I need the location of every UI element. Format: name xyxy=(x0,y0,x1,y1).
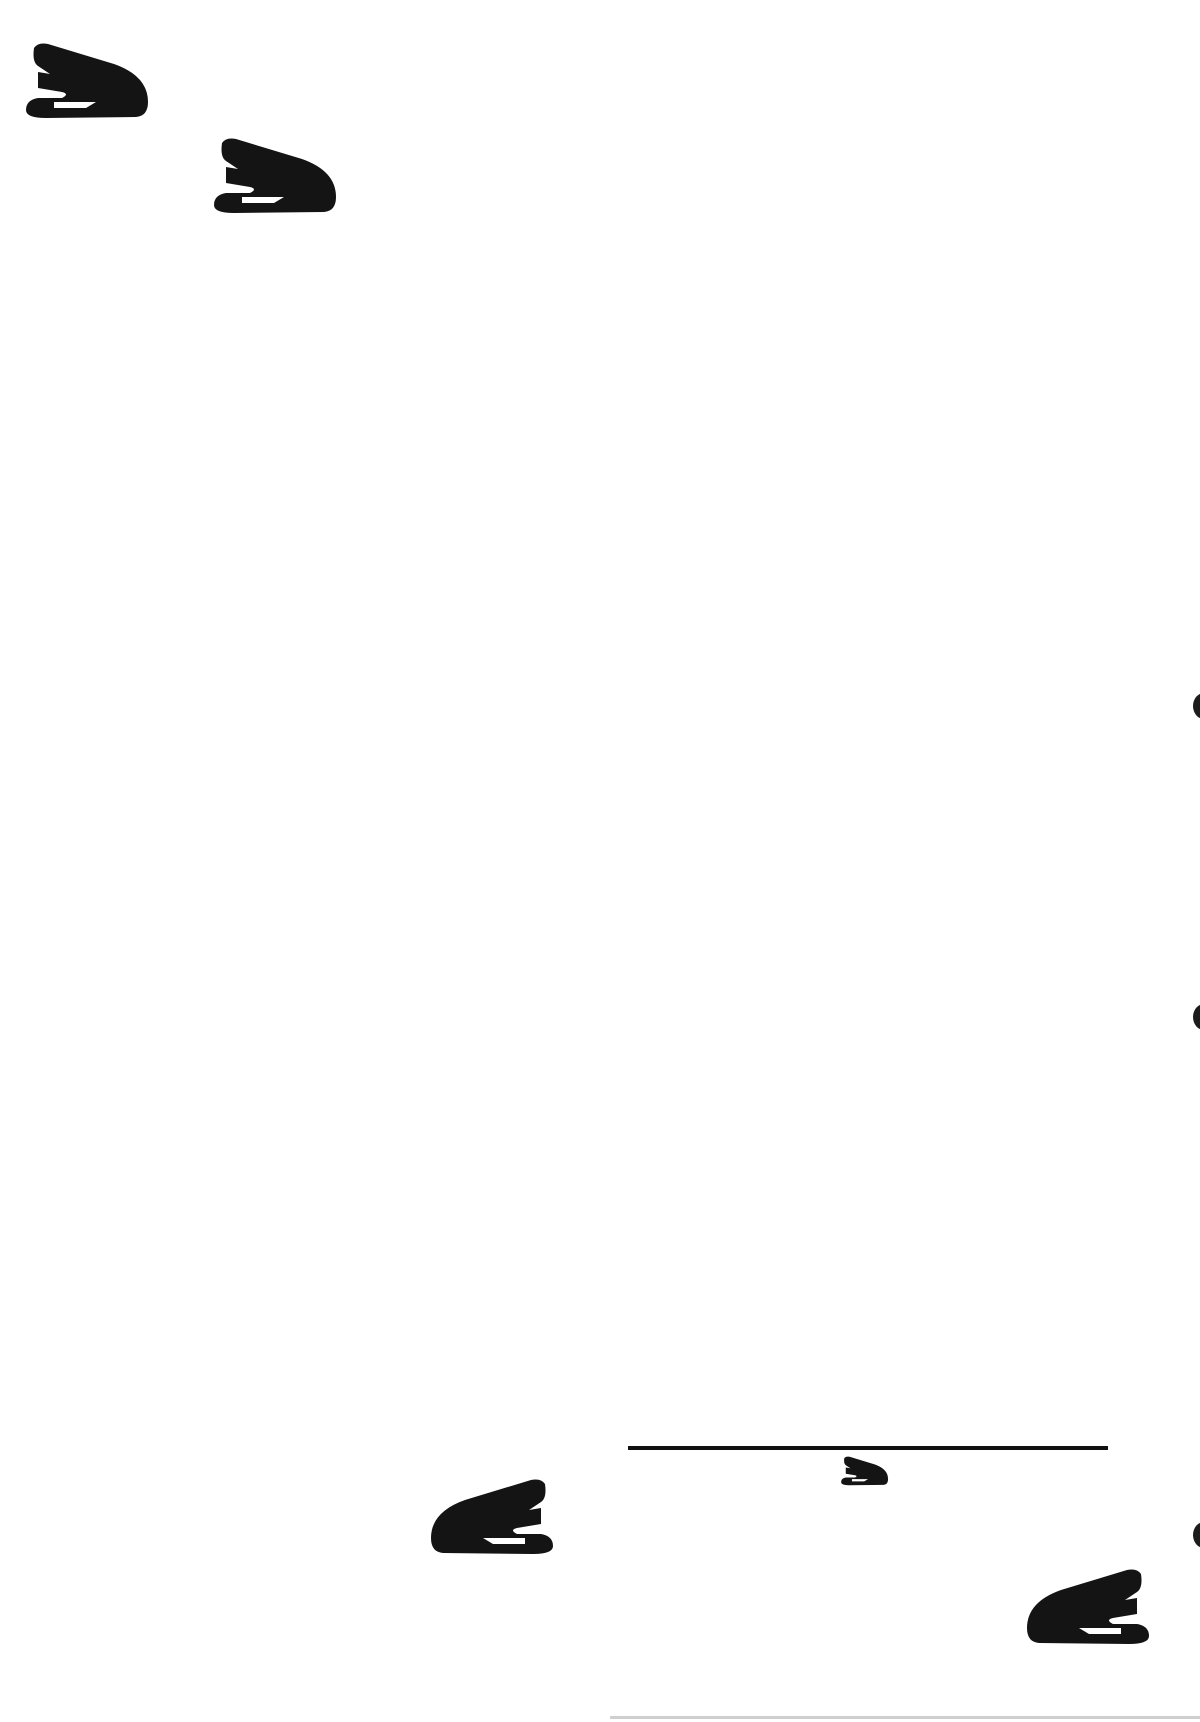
stapler-icon xyxy=(1020,1568,1154,1646)
title-underline xyxy=(628,1446,1108,1450)
binding-hole xyxy=(1193,1522,1200,1548)
stapler-icon xyxy=(212,137,340,215)
subtitle-row xyxy=(628,1456,1108,1490)
binding-hole xyxy=(1193,693,1200,719)
stapler-icon xyxy=(838,1456,892,1490)
stapler-icon xyxy=(24,42,152,120)
afterword xyxy=(128,428,1108,458)
afterword-heading xyxy=(128,428,1108,458)
binding-hole xyxy=(1193,1004,1200,1030)
title-block xyxy=(628,1444,1108,1490)
trim-line xyxy=(610,1716,1200,1719)
stapler-icon xyxy=(424,1478,558,1556)
